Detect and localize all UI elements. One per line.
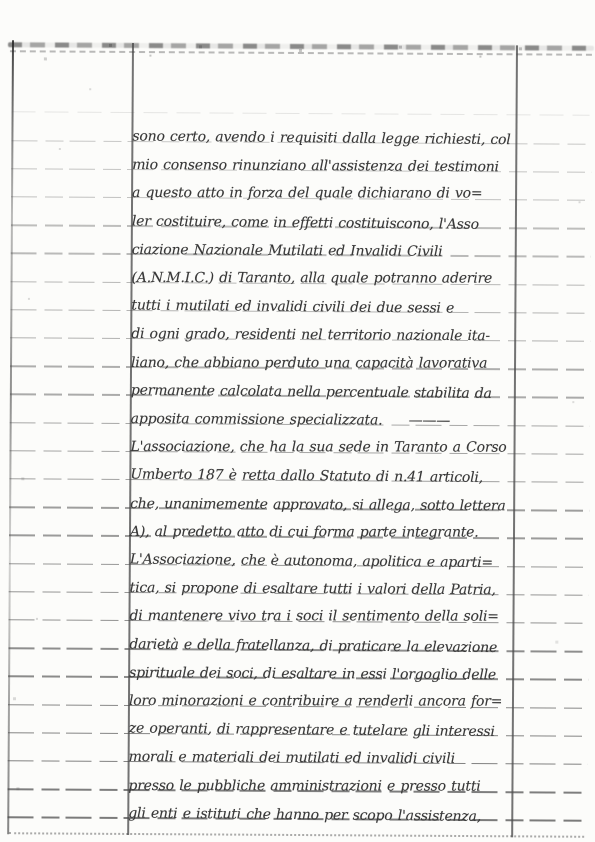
manuscript-row: presso le pubbliche amministrazioni e pr… <box>0 762 591 794</box>
manuscript-row: ler costituire, come in effetti costitui… <box>0 198 594 230</box>
manuscript-row: di ogni grado, residenti nel territorio … <box>0 310 593 342</box>
handwritten-text-block: sono certo, avendo i requisiti dalla leg… <box>0 0 595 2</box>
manuscript-row: tica, si propone di esaltare tutti i val… <box>0 564 592 596</box>
scan-top-edge-smudge <box>8 42 594 51</box>
manuscript-row: ze operanti, di rappresentare e tutelare… <box>0 705 591 737</box>
manuscript-row: ciazione Nazionale Mutilati ed Invalidi … <box>0 226 594 258</box>
scan-top-edge-dashes <box>10 50 592 56</box>
scanned-document-page: sono certo, avendo i requisiti dalla leg… <box>0 0 595 842</box>
manuscript-row: apposita commissione specializzata. ——— <box>0 395 593 427</box>
paper-sheet: sono certo, avendo i requisiti dalla leg… <box>0 0 595 842</box>
manuscript-row: darietà e della fratellanza, di praticar… <box>0 621 591 653</box>
manuscript-row: (A.N.M.I.C.) di Taranto, alla quale potr… <box>0 254 594 286</box>
manuscript-row: L'Associazione, che è autonoma, apolitic… <box>0 536 592 568</box>
manuscript-row: a questo atto in forza del quale dichiar… <box>0 169 594 201</box>
handwritten-line: gli enti e istituti che hanno per scopo … <box>128 806 514 824</box>
manuscript-row: spirituale dei soci, di esaltare in essi… <box>0 649 591 681</box>
manuscript-row: liano, che abbiano perduto una capacità … <box>0 339 593 371</box>
manuscript-row: A), al predetto atto di cui forma parte … <box>0 508 592 540</box>
manuscript-row: L'associazione, che ha la sua sede in Ta… <box>0 423 593 455</box>
scan-bottom-edge <box>9 832 584 838</box>
manuscript-row: sono certo, avendo i requisiti dalla leg… <box>0 113 595 145</box>
manuscript-row: che, unanimemente approvato, si allega, … <box>0 480 592 512</box>
manuscript-row: mio consenso rinunziano all'assistenza d… <box>0 141 594 173</box>
manuscript-row: gli enti e istituti che hanno per scopo … <box>0 790 590 822</box>
manuscript-row: di mantenere vivo tra i soci il sentimen… <box>0 592 592 624</box>
manuscript-row: Umberto 187 è retta dallo Statuto di n.4… <box>0 451 592 483</box>
manuscript-row: morali e materiali dei mutilati ed inval… <box>0 733 591 765</box>
manuscript-row: tutti i mutilati ed invalidi civili dei … <box>0 282 594 314</box>
manuscript-row: loro minorazioni e contribuire a renderl… <box>0 677 591 709</box>
manuscript-row: permanente calcolata nella percentuale s… <box>0 367 593 399</box>
